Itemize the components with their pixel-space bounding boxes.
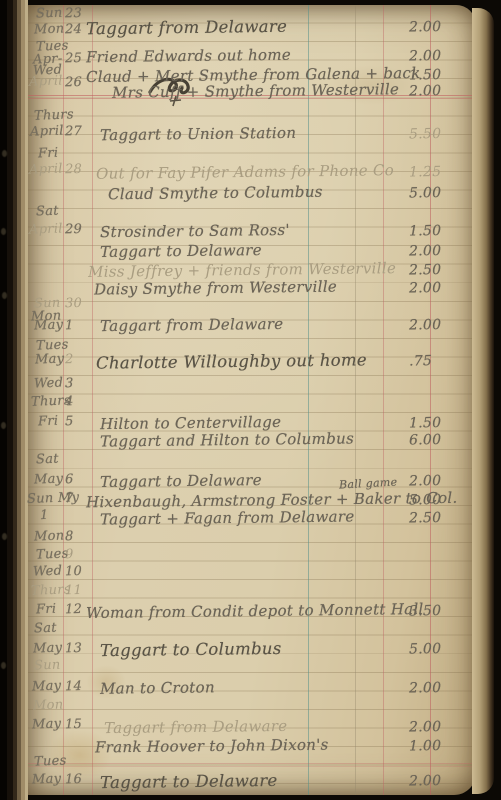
fare-amount: 1.50 — [409, 66, 471, 83]
gutter-mark — [2, 533, 7, 540]
margin-day-label: May — [32, 678, 62, 694]
fare-amount: .75 — [409, 352, 471, 369]
ledger-entry-text: Taggart from Delaware — [86, 17, 287, 38]
date-number: 16 — [65, 772, 91, 787]
ledger-entry-text: Charlotte Willoughby out home — [96, 350, 367, 372]
date-number: 11 — [65, 583, 91, 598]
gutter-mark — [2, 292, 7, 299]
date-number: 27 — [65, 124, 91, 139]
ledger-entry-text: Taggart + Fagan from Delaware — [100, 507, 355, 528]
date-number: 28 — [65, 162, 91, 177]
ledger-entry-text: Taggart to Delaware — [100, 771, 278, 792]
ledger-entry-text: Daisy Smythe from Westerville — [94, 278, 337, 299]
vertical-rule-red-right-1 — [383, 5, 384, 795]
ledger-entry-text: Taggart to Delaware — [100, 241, 262, 261]
fare-amount: 3.50 — [409, 602, 471, 619]
margin-day-label: Mon — [34, 528, 65, 544]
date-number: 8 — [65, 529, 91, 544]
fare-amount: 2.00 — [409, 18, 471, 35]
fare-amount: 5.00 — [409, 491, 471, 508]
margin-day-label: Sun — [34, 658, 61, 674]
page-edge-stack — [472, 8, 494, 794]
margin-day-label: April — [29, 221, 63, 237]
ledger-entry-text: Strosinder to Sam Ross' — [100, 221, 290, 241]
ledger-entry-text: Taggart to Delaware — [100, 471, 262, 491]
book-gutter — [0, 0, 28, 800]
margin-day-label: Fri — [38, 414, 59, 430]
ledger-entry-text: Taggart to Union Station — [100, 124, 296, 144]
gutter-mark — [1, 662, 6, 669]
margin-day-label: 1 — [40, 508, 49, 523]
ledger-entry-text: Miss Jeffrey + friends from Westerville — [88, 259, 396, 281]
fare-amount: 1.50 — [409, 222, 471, 239]
margin-day-label: Tues — [34, 753, 67, 769]
fare-amount: 2.00 — [409, 718, 471, 735]
fare-amount: 1.00 — [409, 737, 471, 754]
date-number: 13 — [65, 641, 91, 656]
date-number: 3 — [65, 376, 91, 391]
fare-amount: 2.00 — [409, 679, 471, 696]
ledger-page-photo: Ball game SunMonTuesApr-WedAprilThursApr… — [0, 0, 501, 800]
fare-amount: 2.00 — [409, 316, 471, 333]
gutter-mark — [1, 228, 6, 235]
margin-day-label: Fri — [36, 602, 57, 618]
fare-amount: 5.00 — [409, 640, 471, 657]
fare-amount: 2.00 — [409, 242, 471, 259]
margin-day-label: May — [32, 716, 62, 732]
fare-amount: 2.50 — [409, 261, 471, 278]
gutter-mark — [1, 422, 6, 429]
fare-amount: 2.00 — [409, 279, 471, 296]
fare-amount: 1.50 — [409, 414, 471, 431]
margin-day-label: Fri — [38, 146, 59, 162]
vertical-rule-faint — [355, 5, 356, 795]
margin-day-label: Thurs — [34, 107, 74, 123]
ledger-entry-text: Taggart and Hilton to Columbus — [100, 429, 354, 450]
fare-amount: 2.00 — [409, 82, 471, 99]
date-number: 30 — [65, 296, 91, 311]
ledger-entry-text: Taggart from Delaware — [100, 315, 284, 335]
fare-amount: 2.50 — [409, 509, 471, 526]
vertical-rule-red-right-2 — [430, 5, 431, 795]
margin-day-label: April — [29, 73, 63, 89]
margin-day-label: Mon — [33, 697, 64, 713]
date-number: 5 — [65, 414, 91, 429]
ledger-entry-text: Man to Croton — [100, 678, 215, 697]
ledger-entry-text: Frank Hoover to John Dixon's — [95, 736, 329, 757]
margin-day-label: Sat — [36, 204, 59, 220]
margin-day-label: Sun — [36, 6, 63, 22]
margin-day-label: May — [34, 317, 64, 333]
margin-day-label: Sat — [34, 621, 57, 637]
date-number: 14 — [65, 679, 91, 694]
date-number: 1 — [65, 318, 91, 333]
date-number: 29 — [65, 222, 91, 237]
ledger-entry-text: Taggart from Delaware — [104, 717, 288, 737]
ledger-entry-text: Taggart to Columbus — [100, 639, 282, 660]
margin-day-label: May — [34, 471, 64, 487]
ledger-entry-text: Friend Edwards out home — [86, 46, 291, 67]
fare-amount: 5.50 — [409, 125, 471, 142]
margin-day-label: April — [29, 161, 63, 177]
gutter-mark — [2, 150, 7, 157]
fare-amount: 2.00 — [409, 472, 471, 489]
vertical-rule-teal — [308, 5, 309, 795]
margin-day-label: May — [33, 640, 63, 656]
margin-day-label: Wed — [33, 563, 63, 579]
margin-day-label: April — [30, 123, 64, 139]
margin-day-label: May — [32, 771, 62, 787]
ledger-entry-text: Mrs Cuff + Smythe from Westerville — [112, 80, 399, 102]
fare-amount: 2.00 — [409, 772, 471, 789]
margin-day-label: Mon — [34, 21, 65, 37]
fare-amount: 1.25 — [409, 163, 471, 180]
date-number: 6 — [65, 472, 91, 487]
fare-amount: 6.00 — [409, 431, 471, 448]
date-number: 2 — [65, 352, 91, 367]
fare-amount: 5.00 — [409, 184, 471, 201]
margin-day-label: Tues — [36, 546, 69, 562]
ledger-entry-text: Out for Fay Pifer Adams for Phone Co — [96, 161, 394, 183]
date-number: 9 — [65, 547, 91, 562]
margin-day-label: May — [35, 351, 65, 367]
fare-amount: 2.00 — [409, 47, 471, 64]
margin-day-label: Wed — [34, 375, 64, 391]
date-number: 4 — [65, 394, 91, 409]
ledger-entry-text: Claud Smythe to Columbus — [108, 183, 323, 204]
date-number: 10 — [65, 564, 91, 579]
date-number: 15 — [65, 717, 91, 732]
margin-day-label: Sat — [36, 452, 59, 468]
